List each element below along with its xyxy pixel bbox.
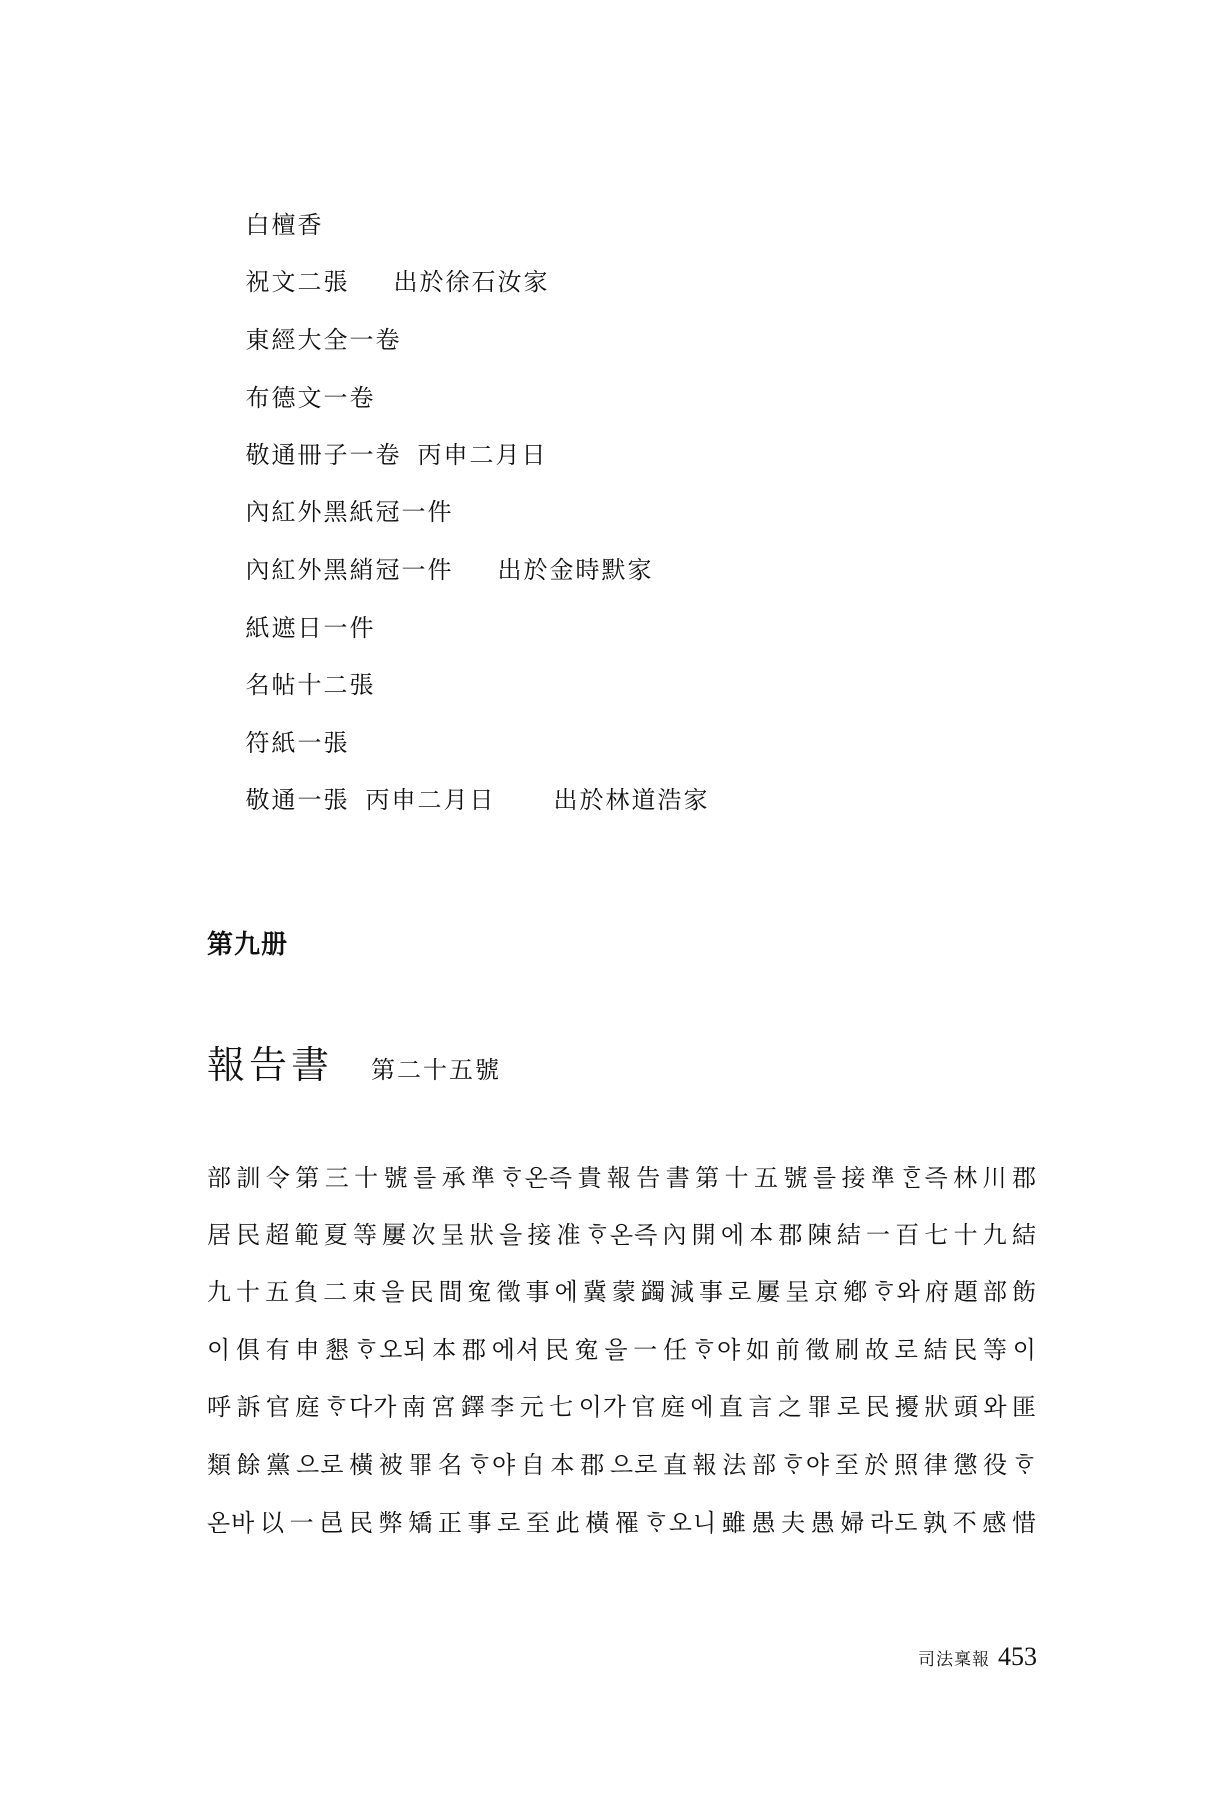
inventory-item: 敬通冊子一卷丙申二月日: [207, 410, 548, 440]
body-text-line: 部訓令第三十號를承準ᄒᆞ온즉貴報告書第十五號를接準ᄒᆞᆫ즉林川郡: [207, 1163, 1037, 1193]
item-name: 名帖十二張: [246, 670, 376, 700]
item-date: 丙申二月日: [418, 440, 548, 470]
item-source: 出於徐石汝家: [394, 267, 550, 297]
publication-name: 司法稟報: [918, 1650, 990, 1670]
item-date: 丙申二月日: [366, 785, 496, 815]
body-text-line: 居民超範夏等屢次呈狀을接准ᄒᆞ온즉內開에本郡陳結一百七十九結: [207, 1220, 1037, 1250]
body-text-line: 온바以一邑民弊矯正事로至此橫罹ᄒᆞ오니雖愚夫愚婦라도孰不感惜: [207, 1508, 1037, 1538]
body-text-line: 이俱有申懇ᄒᆞ오되本郡에셔民寃을一任ᄒᆞ야如前徵刷故로結民等이: [207, 1335, 1037, 1365]
item-name: 內紅外黑綃冠一件: [246, 555, 454, 585]
inventory-item: 敬通一張丙申二月日出於林道浩家: [207, 755, 710, 785]
item-name: 敬通一張: [246, 785, 350, 815]
item-name: 祝文二張: [246, 267, 350, 297]
body-text-line: 類餘黨으로橫被罪名ᄒᆞ야自本郡으로直報法部ᄒᆞ야至於照律懲役ᄒᆞ: [207, 1450, 1037, 1480]
inventory-item: 祝文二張出於徐石汝家: [207, 237, 550, 267]
document-title: 報告書第二十五號: [207, 1042, 501, 1088]
inventory-item: 內紅外黑紙冠一件: [207, 467, 454, 497]
body-text-line: 九十五負二束을民間寃徵事에冀蒙蠲減事로屢呈京鄕ᄒᆞ와府題部飭: [207, 1277, 1037, 1307]
item-name: 東經大全一卷: [246, 325, 402, 355]
document-page: 白檀香 祝文二張出於徐石汝家 東經大全一卷 布德文一卷 敬通冊子一卷丙申二月日 …: [0, 0, 1220, 1812]
inventory-item: 名帖十二張: [207, 640, 376, 670]
inventory-item: 布德文一卷: [207, 353, 376, 383]
inventory-item: 內紅外黑綃冠一件出於金時默家: [207, 525, 654, 555]
inventory-item: 白檀香: [207, 180, 324, 210]
item-source: 出於金時默家: [498, 555, 654, 585]
inventory-item: 符紙一張: [207, 698, 350, 728]
inventory-item: 東經大全一卷: [207, 295, 402, 325]
body-text-line: 呼訴官庭ᄒᆞ다가南宮鐸李元七이가官庭에直言之罪로民擾狀頭와匪: [207, 1392, 1037, 1422]
item-name: 白檀香: [246, 210, 324, 240]
page-number: 453: [998, 1642, 1037, 1671]
item-name: 內紅外黑紙冠一件: [246, 497, 454, 527]
document-title-main: 報告書: [207, 1043, 333, 1087]
item-name: 符紙一張: [246, 728, 350, 758]
item-name: 敬通冊子一卷: [246, 440, 402, 470]
volume-heading: 第九册: [207, 928, 288, 962]
item-source: 出於林道浩家: [554, 785, 710, 815]
inventory-item: 紙遮日一件: [207, 583, 376, 613]
page-footer: 司法稟報453: [918, 1640, 1037, 1674]
item-name: 紙遮日一件: [246, 613, 376, 643]
item-name: 布德文一卷: [246, 383, 376, 413]
document-number: 第二十五號: [371, 1056, 501, 1084]
